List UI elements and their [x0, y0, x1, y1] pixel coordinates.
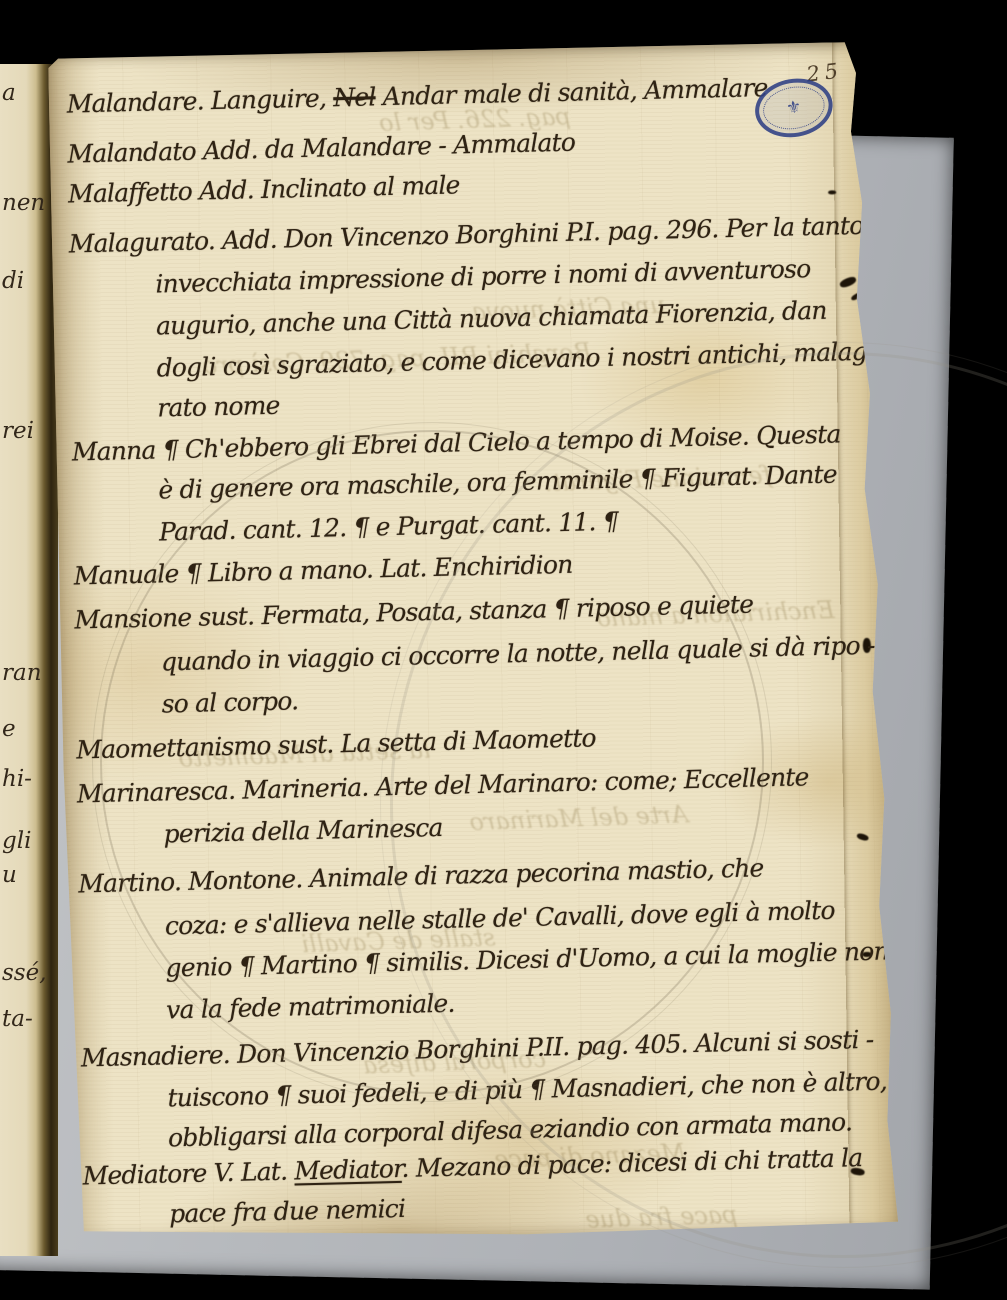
line-segment: invecchiata impressione di porre i nomi … [155, 254, 811, 298]
line-segment: Malandato Add. da Malandare - Ammalato [67, 128, 575, 169]
facing-page-text-fragment: u [2, 862, 17, 888]
manuscript-line: Martino. Montone. Animale di razza pecor… [60, 853, 764, 900]
line-segment: dogli così sgraziato, e come dicevano i … [156, 336, 897, 382]
manuscript-text: Malandare. Languire, Nel Andar male di s… [48, 42, 902, 1246]
facing-page-text-fragment: e [2, 716, 16, 742]
line-segment: perizia della Marinesca [163, 813, 443, 849]
line-segment: Manna ¶ Ch'ebbero gli Ebrei dal Cielo a … [72, 419, 841, 466]
facing-page-text-fragment: nen [2, 190, 45, 216]
facing-page-text-fragment: a [2, 80, 16, 106]
line-segment: augurio, anche una Città nuova chiamata … [156, 296, 827, 341]
line-segment: pace fra due nemici [169, 1194, 406, 1229]
facing-page-sliver: anendireiranehi-gliussé,ta- [0, 64, 58, 1256]
manuscript-line: Manna ¶ Ch'ebbero gli Ebrei dal Cielo a … [54, 419, 841, 468]
manuscript-line: invecchiata impressione di porre i nomi … [51, 254, 811, 302]
manuscript-line: dogli così sgraziato, e come dicevano i … [52, 336, 897, 386]
stamp-emblem-icon: ⚜ [785, 98, 803, 117]
facing-page-text-fragment: di [2, 268, 24, 294]
line-segment: Malaffetto Add. Inclinato al male [68, 170, 460, 208]
line-segment: Mansione sust. Fermata, Posata, stanza ¶… [74, 590, 753, 635]
facing-page-text-fragment: rei [2, 418, 34, 444]
facing-page-text-fragment: ssé, [2, 960, 47, 986]
manuscript-line: rato nome [53, 391, 280, 426]
manuscript-line: Maomettanismo sust. La setta di Maometto [58, 723, 596, 766]
line-segment: Masnadiere. Don Vincenzio Borghini P.II.… [81, 1025, 874, 1073]
manuscript-line: quando in viaggio ci occorre la notte, n… [57, 631, 875, 680]
line-segment: tuiscono ¶ suoi fedeli, e di più ¶ Masna… [167, 1065, 901, 1112]
line-segment: Parad. cant. 12. ¶ e Purgat. cant. 11. ¶ [159, 507, 618, 547]
facing-page-text-fragment: gli [2, 828, 31, 854]
manuscript-line: perizia della Marinesca [59, 813, 443, 852]
line-segment: quando in viaggio ci occorre la notte, n… [161, 631, 875, 677]
manuscript-line: è di genere ora maschile, ora femminile … [54, 460, 837, 508]
manuscript-line: augurio, anche una Città nuova chiamata … [52, 296, 827, 344]
line-segment: Malandare. Languire, [66, 83, 333, 118]
manuscript-line: pace fra due nemici [65, 1194, 406, 1232]
line-segment: coza: e s'allieva nelle stalle de' Caval… [165, 896, 835, 941]
manuscript-line: Malandato Add. da Malandare - Ammalato [49, 128, 575, 170]
facing-page-text-fragment: ran [2, 660, 42, 686]
manuscript-line: coza: e s'allieva nelle stalle de' Caval… [61, 896, 835, 944]
line-segment: Andar male di sanità, Ammalare [375, 73, 768, 111]
manuscript-line: genio ¶ Martino ¶ similis. Dicesi d'Uomo… [61, 935, 901, 986]
manuscript-line: Parad. cant. 12. ¶ e Purgat. cant. 11. ¶ [55, 507, 618, 550]
line-segment: va la fede matrimoniale. [166, 989, 455, 1025]
line-segment: Mediatore V. Lat. [82, 1156, 294, 1190]
struck-word: Nel [333, 82, 376, 112]
manuscript-line: Malagurato. Add. Don Vincenzo Borghini P… [50, 211, 863, 260]
manuscript-scan: anendireiranehi-gliussé,ta- pag. 226. Pe… [0, 0, 1007, 1300]
manuscript-line: Manuale ¶ Libro a mano. Lat. Enchiridion [55, 550, 572, 592]
line-segment: genio ¶ Martino ¶ similis. Dicesi d'Uomo… [165, 935, 901, 983]
line-segment: Martino. Montone. Animale di razza pecor… [78, 853, 764, 898]
line-segment: rato nome [157, 391, 280, 423]
manuscript-line: Marinaresca. Marineria. Arte del Marinar… [59, 762, 809, 810]
manuscript-line: Masnadiere. Don Vincenzio Borghini P.II.… [63, 1025, 874, 1074]
manuscript-line: Malaffetto Add. Inclinato al male [50, 170, 460, 210]
manuscript-page: pag. 226. Per louna Città nuovaBorghini … [48, 42, 902, 1246]
manuscript-line: va la fede matrimoniale. [62, 989, 455, 1028]
line-segment: . Mezano di pace: dicesi di chi tratta l… [401, 1143, 863, 1183]
facing-page-text-fragment: hi- [2, 766, 32, 792]
underlined-word: Mediator [294, 1154, 402, 1186]
manuscript-line: Malandare. Languire, Nel Andar male di s… [48, 73, 767, 120]
line-segment: Maomettanismo sust. La setta di Maometto [76, 723, 596, 764]
line-segment: Malagurato. Add. Don Vincenzo Borghini P… [68, 211, 863, 259]
manuscript-line: so al corpo. [57, 686, 298, 722]
manuscript-line: Mansione sust. Fermata, Posata, stanza ¶… [56, 590, 753, 636]
line-segment: Marinaresca. Marineria. Arte del Marinar… [77, 762, 809, 808]
line-segment: Manuale ¶ Libro a mano. Lat. Enchiridion [73, 550, 572, 591]
line-segment: è di genere ora maschile, ora femminile … [158, 460, 837, 505]
facing-page-text-fragment: ta- [2, 1006, 33, 1032]
stamp-inner-ring: ⚜ [760, 82, 828, 134]
line-segment: so al corpo. [161, 686, 298, 718]
